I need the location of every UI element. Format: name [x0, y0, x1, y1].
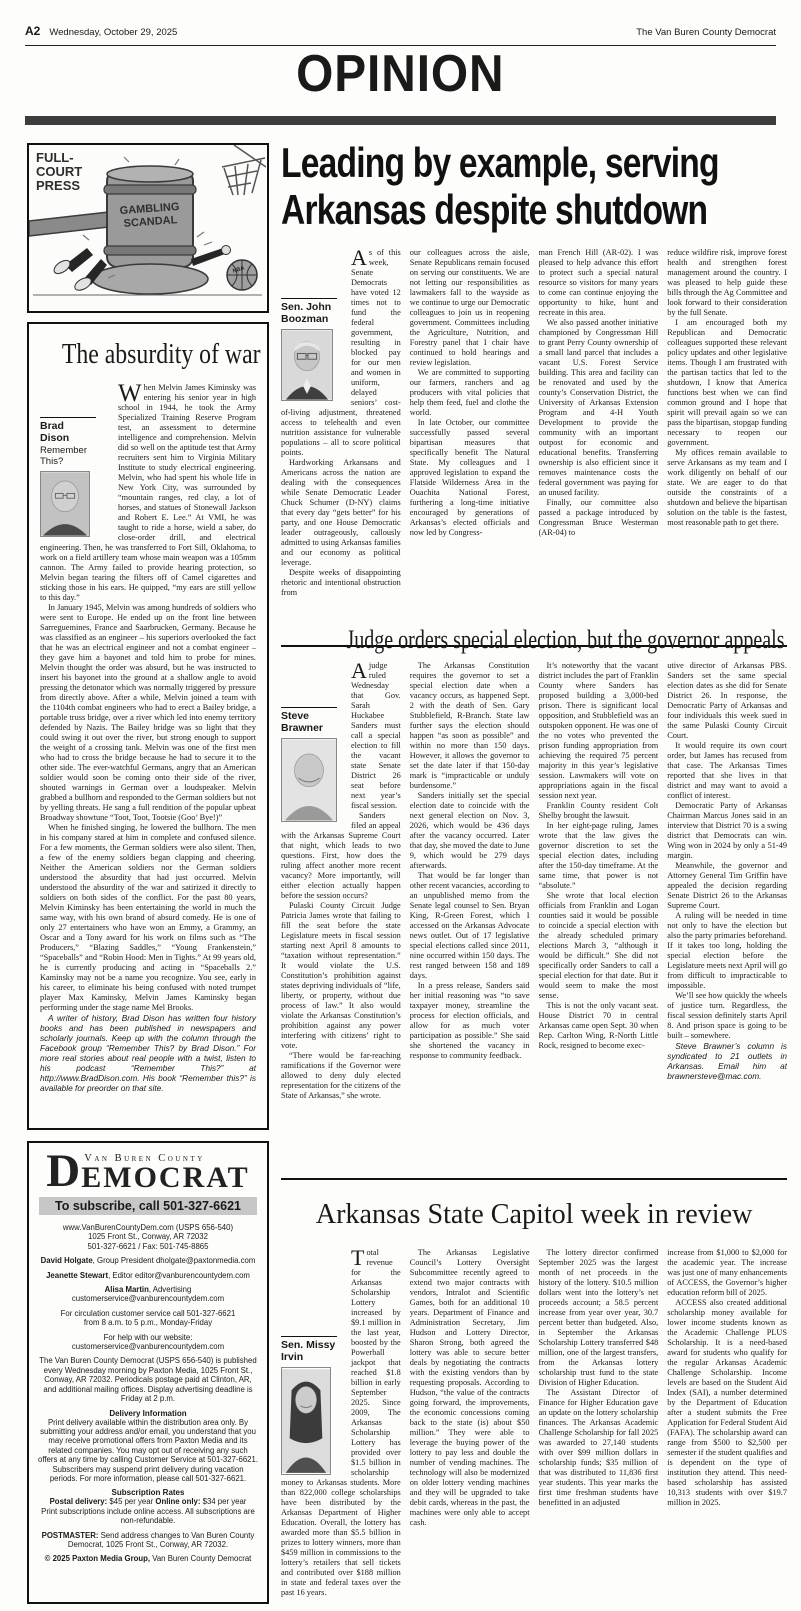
- paragraph: Leading by example, serving: [281, 139, 689, 186]
- paragraph: We also passed another initiative champi…: [539, 318, 659, 498]
- rates-line: Postal delivery: $45 per year Online onl…: [38, 1497, 258, 1506]
- paragraph: The Assistant Director of Finance for Hi…: [539, 1388, 659, 1508]
- section-title: OPINION: [296, 44, 504, 104]
- paragraph: “There would be far-reaching ramificatio…: [281, 1051, 401, 1101]
- postmaster-note: POSTMASTER: Send address changes to Van …: [38, 1531, 258, 1550]
- author-name: Steve Brawner: [281, 711, 345, 734]
- article-boozman: Sen. John Boozman As of this week, Senat…: [281, 248, 787, 638]
- staff-name: Alisa Martin: [105, 1285, 149, 1294]
- article-capitol: Sen. Missy Irvin Total revenue for the A…: [281, 1248, 787, 1606]
- postal-rate-label: Postal delivery:: [50, 1497, 108, 1506]
- author-byline-irvin: Sen. Missy Irvin: [281, 1336, 345, 1475]
- paragraph: Sanders filed an appeal with the Arkansa…: [281, 811, 401, 901]
- paragraph: The Arkansas Constitution requires the g…: [410, 661, 530, 791]
- capitol-col-4: increase from $1,000 to $2,000 for the a…: [667, 1248, 787, 1606]
- column-name: Remember This?: [40, 446, 112, 467]
- paper-name: The Van Buren County Democrat: [636, 27, 776, 38]
- staff-name: David Holgate: [41, 1256, 93, 1265]
- paragraph: Democratic Party of Arkansas Chairman Ma…: [667, 801, 787, 861]
- boozman-headline: Leading by example, servingArkansas desp…: [281, 139, 791, 233]
- circulation-info: For circulation customer service call 50…: [38, 1309, 258, 1328]
- rates-note: Print subscriptions include online acces…: [38, 1507, 258, 1526]
- page-number: A2: [25, 24, 40, 38]
- masthead-logo: D Van Buren County EMOCRAT: [38, 1152, 258, 1191]
- staff-name: Jeanette Stewart: [46, 1271, 108, 1280]
- paragraph: It’s noteworthy that the vacant district…: [539, 661, 659, 801]
- section-banner: OPINION: [0, 44, 801, 104]
- paragraph: She wrote that local election officials …: [539, 891, 659, 1001]
- logo-initial: D: [46, 1152, 80, 1190]
- copyright-owner: © 2025 Paxton Media Group,: [45, 1554, 150, 1563]
- paragraph: Sanders initially set the special electi…: [410, 791, 530, 871]
- capitol-col-3: The lottery director confirmed September…: [539, 1248, 659, 1606]
- brawner-col-4: utive director of Arkansas PBS. Sanders …: [667, 661, 787, 1041]
- cartoon-caption-line1: FULL-: [36, 150, 74, 165]
- paragraph: That would be far longer than other rece…: [410, 871, 530, 981]
- author-bio-brawner: Steve Brawner’s column is syndicated to …: [667, 1041, 787, 1081]
- newspaper-page: { "page": { "page_number": "A2", "date":…: [0, 0, 801, 1611]
- contact-lines: www.VanBurenCountyDem.com (USPS 656-540)…: [38, 1223, 258, 1251]
- staff-advertising: Alisa Martin, Advertising: [38, 1285, 258, 1294]
- delivery-header: Delivery Information: [38, 1409, 258, 1418]
- paragraph: Pulaski County Circuit Judge Patricia Ja…: [281, 901, 401, 1051]
- paragraph: Despite weeks of disappointing rhetoric …: [281, 568, 401, 598]
- staff-role: , Editor editor@vanburencountydem.com: [108, 1271, 250, 1280]
- postal-rate: $45 per year: [107, 1497, 155, 1506]
- boozman-col-2: our colleagues across the aisle, Senate …: [410, 248, 530, 638]
- boozman-col-3: man French Hill (AR-02). I was pleased t…: [539, 248, 659, 638]
- author-photo-boozman: [281, 329, 333, 401]
- absurdity-headline: The absurdity of war: [40, 338, 256, 371]
- brawner-col-4-wrap: utive director of Arkansas PBS. Sanders …: [667, 661, 787, 1167]
- byline-rule: [281, 707, 337, 708]
- masthead-box: D Van Buren County EMOCRAT To subscribe,…: [27, 1141, 269, 1604]
- paragraph: This is not the only vacant seat. House …: [539, 1001, 659, 1051]
- boozman-col-4: reduce wildfire risk, improve forest hea…: [667, 248, 787, 638]
- page-date: Wednesday, October 29, 2025: [49, 27, 177, 38]
- capitol-col-2: The Arkansas Legislative Council’s Lotte…: [410, 1248, 530, 1606]
- byline-rule: [40, 417, 96, 418]
- paragraph: Hardworking Arkansans and Americans acro…: [281, 458, 401, 568]
- editorial-cartoon: FULL- COURT PRESS GAMBLING SCANDAL: [27, 143, 269, 313]
- brawner-headline: Judge orders special election, but the g…: [281, 625, 787, 655]
- paragraph: It would require its own court order, bu…: [667, 741, 787, 801]
- paragraph: The lottery director confirmed September…: [539, 1248, 659, 1388]
- postmaster-label: POSTMASTER:: [42, 1531, 99, 1540]
- copyright-paper: Van Buren County Democrat: [150, 1554, 251, 1563]
- brawner-col-1: Steve Brawner A judge ruled Wednesday th…: [281, 661, 401, 1167]
- paragraph: Franklin County resident Colt Shelby bro…: [539, 801, 659, 821]
- paragraph: When he finished singing, he lowered the…: [40, 823, 256, 1013]
- paragraph: Meanwhile, the governor and Attorney Gen…: [667, 861, 787, 911]
- capitol-col-1: Sen. Missy Irvin Total revenue for the A…: [281, 1248, 401, 1606]
- paragraph: I am encouraged both my Republican and D…: [667, 318, 787, 448]
- cartoon-caption-line2: COURT: [36, 164, 82, 179]
- brawner-col-2: The Arkansas Constitution requires the g…: [410, 661, 530, 1167]
- nba-basketball: NBA: [227, 260, 257, 290]
- author-bio-dison: A writer of history, Brad Dison has writ…: [40, 1013, 256, 1093]
- author-photo-dison: [40, 471, 90, 537]
- page-header: A2 Wednesday, October 29, 2025 The Van B…: [25, 24, 776, 46]
- article-brawner: Steve Brawner A judge ruled Wednesday th…: [281, 661, 787, 1167]
- capitol-headline: Arkansas State Capitol week in review: [281, 1198, 787, 1231]
- author-photo-brawner: [281, 738, 337, 822]
- gavel-head: GAMBLING SCANDAL: [104, 166, 196, 267]
- online-rate-label: Online only:: [155, 1497, 200, 1506]
- publish-info: The Van Buren County Democrat (USPS 656-…: [38, 1356, 258, 1403]
- paragraph: man French Hill (AR-02). I was pleased t…: [539, 248, 659, 318]
- cartoon-illustration: FULL- COURT PRESS GAMBLING SCANDAL: [29, 145, 266, 310]
- author-name: Sen. Missy Irvin: [281, 1340, 345, 1363]
- byline-rule: [281, 1336, 337, 1337]
- author-byline-boozman: Sen. John Boozman: [281, 298, 345, 401]
- paragraph: our colleagues across the aisle, Senate …: [410, 248, 530, 368]
- article-divider-rule: [281, 1178, 787, 1180]
- paragraph: Arkansas despite shutdown: [281, 186, 689, 233]
- paragraph: In her eight-page ruling, James wrote th…: [539, 821, 659, 891]
- author-byline-brawner: Steve Brawner: [281, 707, 345, 822]
- author-name: Brad Dison: [40, 421, 112, 444]
- article-absurdity-of-war: The absurdity of war Brad Dison Remember…: [27, 322, 269, 1130]
- staff-president: David Holgate, Group President dholgate@…: [38, 1256, 258, 1265]
- boozman-col-1: Sen. John Boozman As of this week, Senat…: [281, 248, 401, 638]
- paragraph: In a press release, Sanders said her ini…: [410, 981, 530, 1061]
- staff-role: , Advertising: [149, 1285, 191, 1294]
- brawner-col-3: It’s noteworthy that the vacant district…: [539, 661, 659, 1167]
- paragraph: utive director of Arkansas PBS. Sanders …: [667, 661, 787, 741]
- paragraph: A ruling will be needed in time not only…: [667, 911, 787, 991]
- paragraph: In late October, our committee successfu…: [410, 418, 530, 538]
- website-help: For help with our website: customerservi…: [38, 1333, 258, 1352]
- logo-wordmark: EMOCRAT: [81, 1164, 249, 1191]
- paragraph: reduce wildfire risk, improve forest hea…: [667, 248, 787, 318]
- paragraph: The Arkansas Legislative Council’s Lotte…: [410, 1248, 530, 1528]
- paragraph: increase from $1,000 to $2,000 for the a…: [667, 1248, 787, 1298]
- paragraph: ACCESS also created additional scholarsh…: [667, 1298, 787, 1508]
- advertising-email: customerservice@vanburencountydem.com: [38, 1294, 258, 1303]
- online-rate: $34 per year: [200, 1497, 246, 1506]
- paragraph: We’ll see how quickly the wheels of just…: [667, 991, 787, 1041]
- staff-role: , Group President dholgate@paxtonmedia.c…: [93, 1256, 256, 1265]
- paragraph: Finally, our committee also passed a pac…: [539, 498, 659, 538]
- delivery-info: Print delivery available within the dist…: [38, 1418, 258, 1484]
- paragraph: In January 1945, Melvin was among hundre…: [40, 603, 256, 823]
- subscribe-bar: To subscribe, call 501-327-6621: [39, 1197, 257, 1215]
- section-divider-bar: [25, 116, 776, 125]
- absurdity-body: Brad Dison Remember This? When Melvin Ja…: [40, 383, 256, 1013]
- byline-rule: [281, 298, 337, 299]
- paragraph: My offices remain available to serve Ark…: [667, 448, 787, 528]
- author-name: Sen. John Boozman: [281, 302, 345, 325]
- paragraph: We are committed to supporting our farme…: [410, 368, 530, 418]
- staff-editor: Jeanette Stewart, Editor editor@vanburen…: [38, 1271, 258, 1280]
- rates-header: Subscription Rates: [38, 1488, 258, 1497]
- author-byline-dison: Brad Dison Remember This?: [40, 417, 112, 537]
- author-photo-irvin: [281, 1367, 331, 1475]
- gavel-base: [92, 264, 208, 294]
- cartoon-caption-line3: PRESS: [36, 178, 80, 193]
- header-left: A2 Wednesday, October 29, 2025: [25, 24, 177, 38]
- copyright-line: © 2025 Paxton Media Group, Van Buren Cou…: [38, 1554, 258, 1563]
